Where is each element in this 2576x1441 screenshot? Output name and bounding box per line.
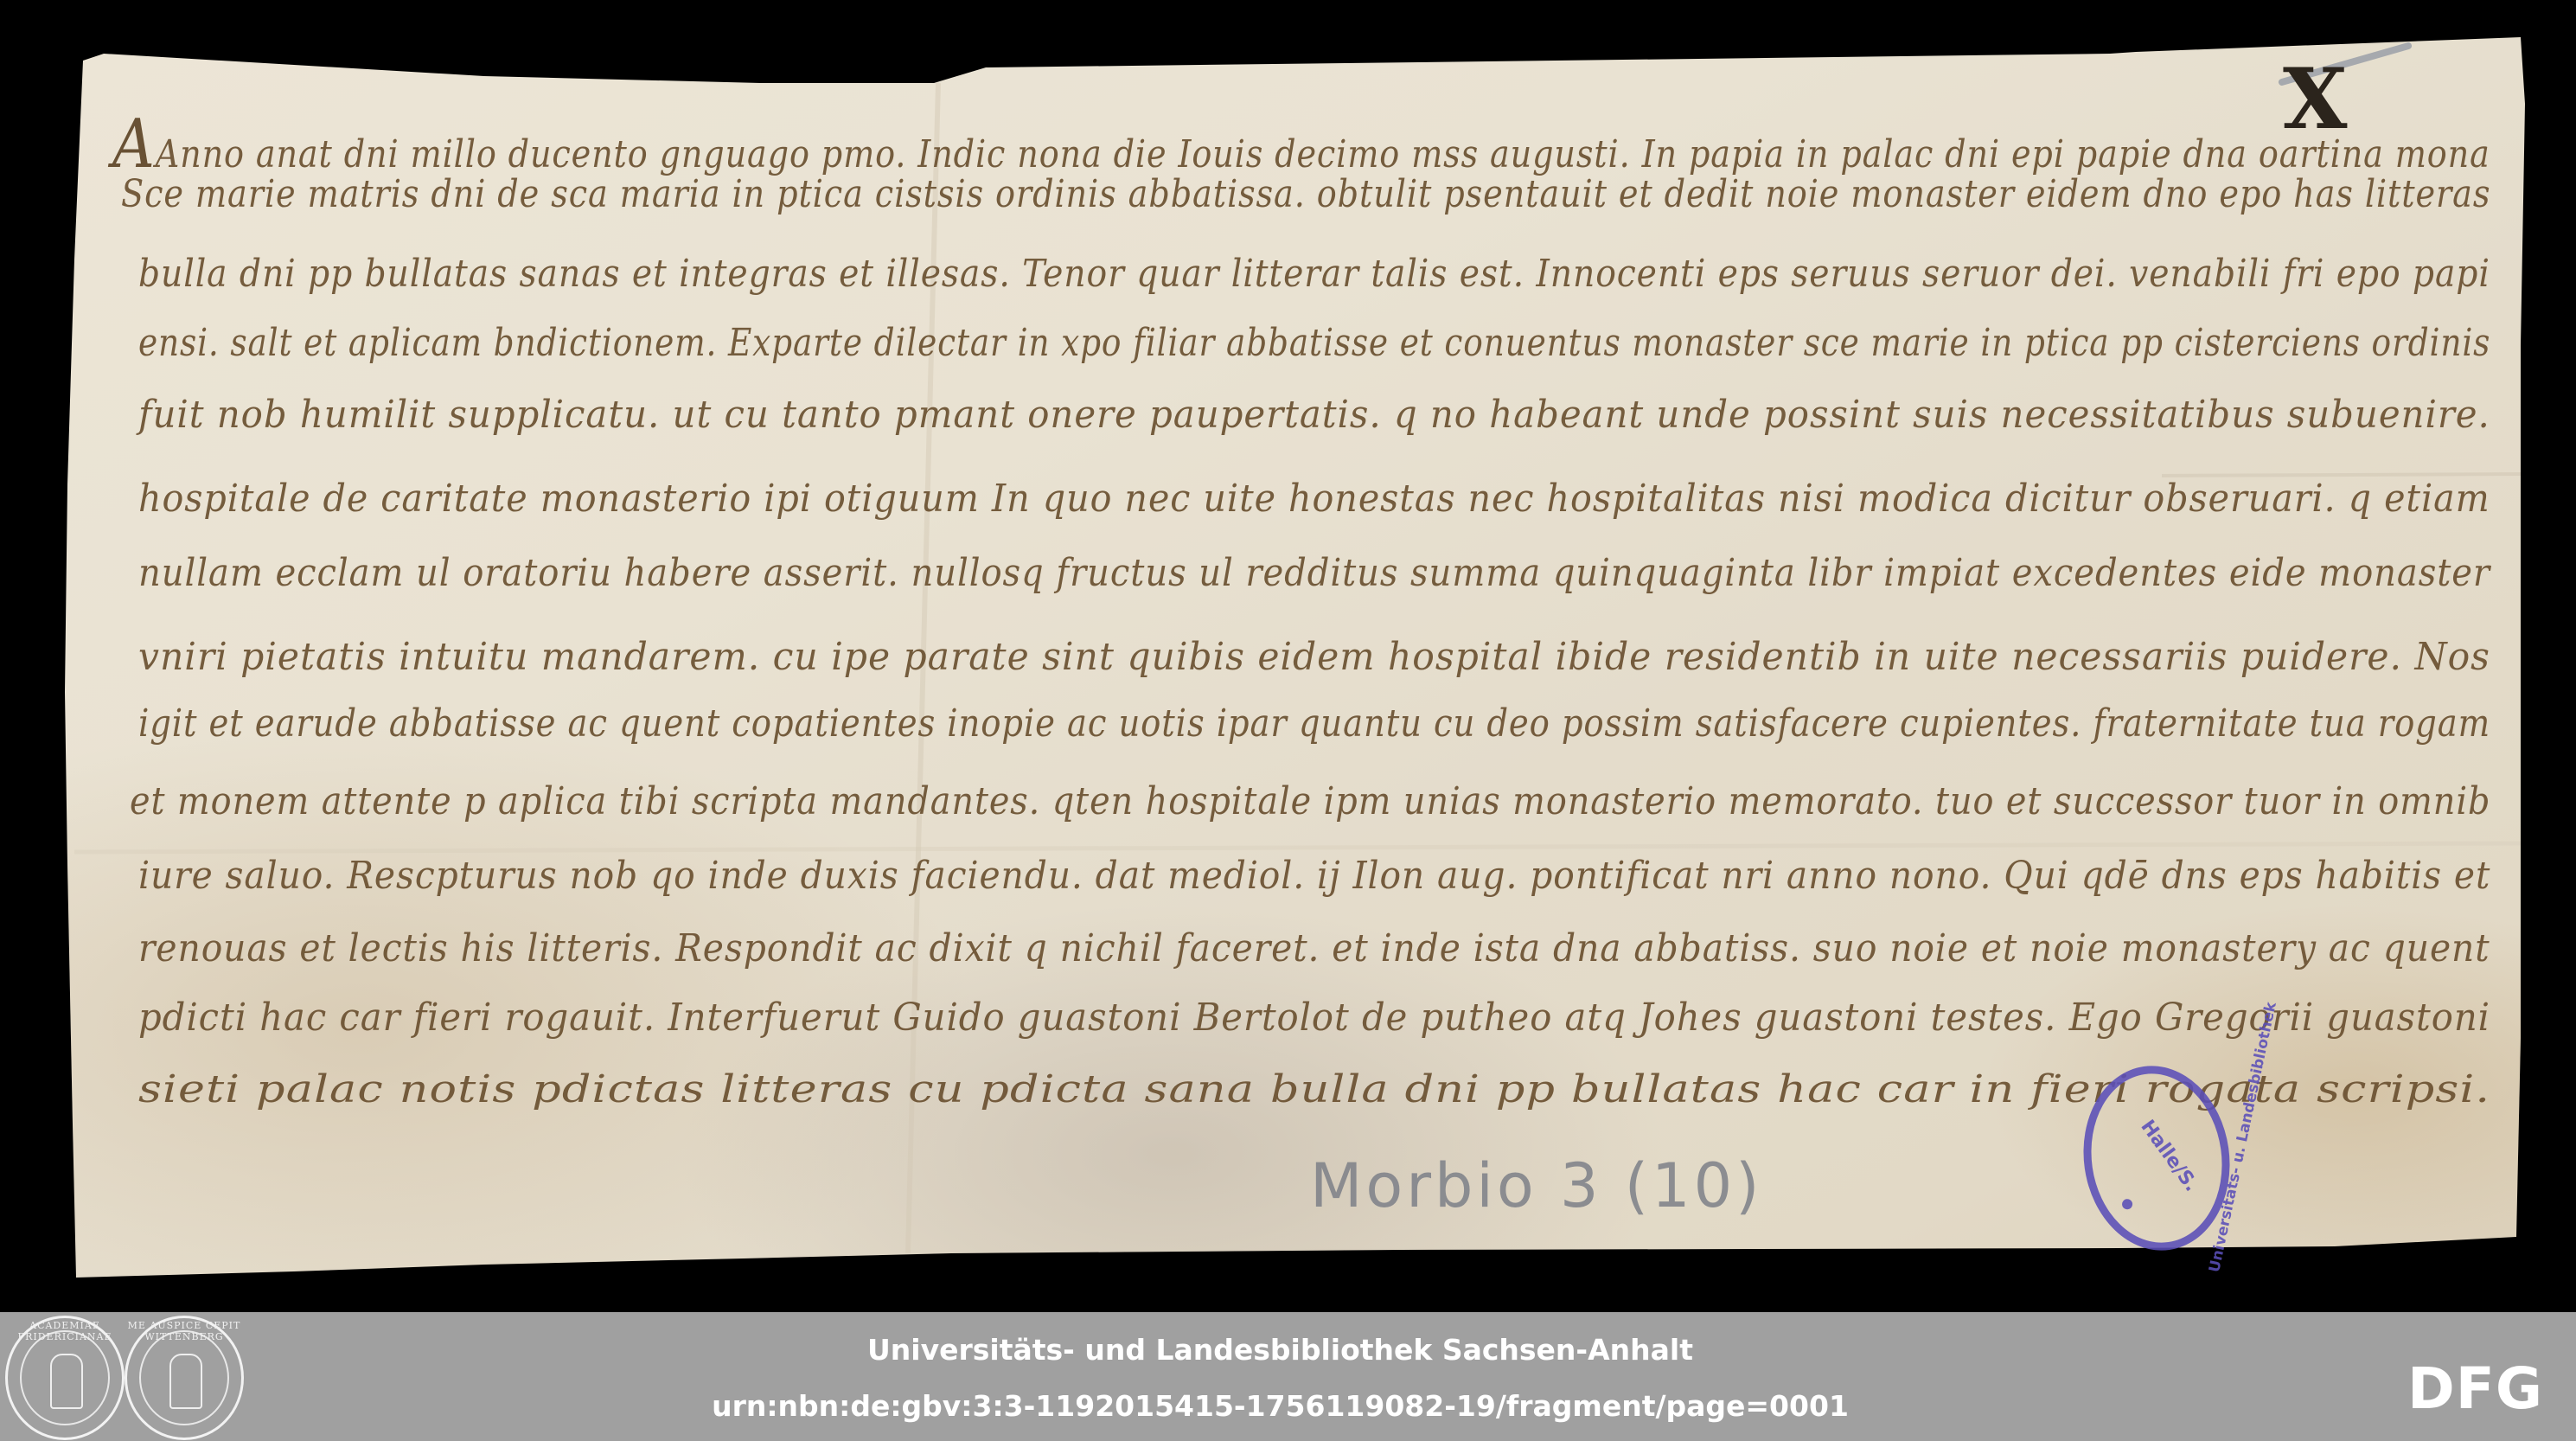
- stamp-dot: [2121, 1198, 2133, 1210]
- archive-mark: X: [2283, 50, 2347, 148]
- script-line-11: iure saluo. Rescpturus nob qo inde duxis…: [138, 857, 2490, 895]
- viewer-footer: ACADEMIAE FRIDERICIANAE ME AUSPICE CEPIT…: [0, 1312, 2576, 1441]
- dfg-logo-icon: DFG: [2407, 1361, 2543, 1418]
- document-viewer: AAnno anat dni millo ducento gnguago pmo…: [0, 0, 2576, 1441]
- script-line-7: nullam ecclam ul oratoriu habere asserit…: [138, 554, 2490, 592]
- script-line-3: bulla dni pp bullatas sanas et integras …: [138, 255, 2490, 293]
- urn-identifier: urn:nbn:de:gbv:3:3-1192015415-1756119082…: [0, 1389, 2576, 1423]
- scan-area: AAnno anat dni millo ducento gnguago pmo…: [0, 0, 2576, 1312]
- institution-name: Universitäts- und Landesbibliothek Sachs…: [0, 1333, 2576, 1367]
- parchment-charter: AAnno anat dni millo ducento gnguago pmo…: [0, 0, 2576, 1312]
- script-line-10: et monem attente p aplica tibi scripta m…: [130, 783, 2490, 821]
- script-line-9: igit et earude abbatisse ac quent copati…: [138, 705, 2490, 743]
- script-line-6: hospitale de caritate monasterio ipi oti…: [138, 480, 2490, 518]
- script-line-1: AAnno anat dni millo ducento gnguago pmo…: [112, 111, 2092, 178]
- script-line-8: vniri pietatis intuitu mandarem. cu ipe …: [138, 638, 2490, 676]
- script-line-13: pdicti hac car fieri rogauit. Interfueru…: [138, 999, 2490, 1037]
- script-line-4: ensi. salt et aplicam bndictionem. Expar…: [138, 324, 2490, 362]
- script-line-2: Sce marie matris dni de sca maria in pti…: [121, 176, 2490, 214]
- script-line-5: fuit nob humilit supplicatu. ut cu tanto…: [138, 396, 2490, 434]
- stamp-center-text: Halle/S.: [2136, 1116, 2202, 1195]
- pencil-shelfmark: Morbio 3 (10): [1310, 1150, 1762, 1221]
- script-line-12: renouas et lectis his litteris. Respondi…: [138, 930, 2490, 968]
